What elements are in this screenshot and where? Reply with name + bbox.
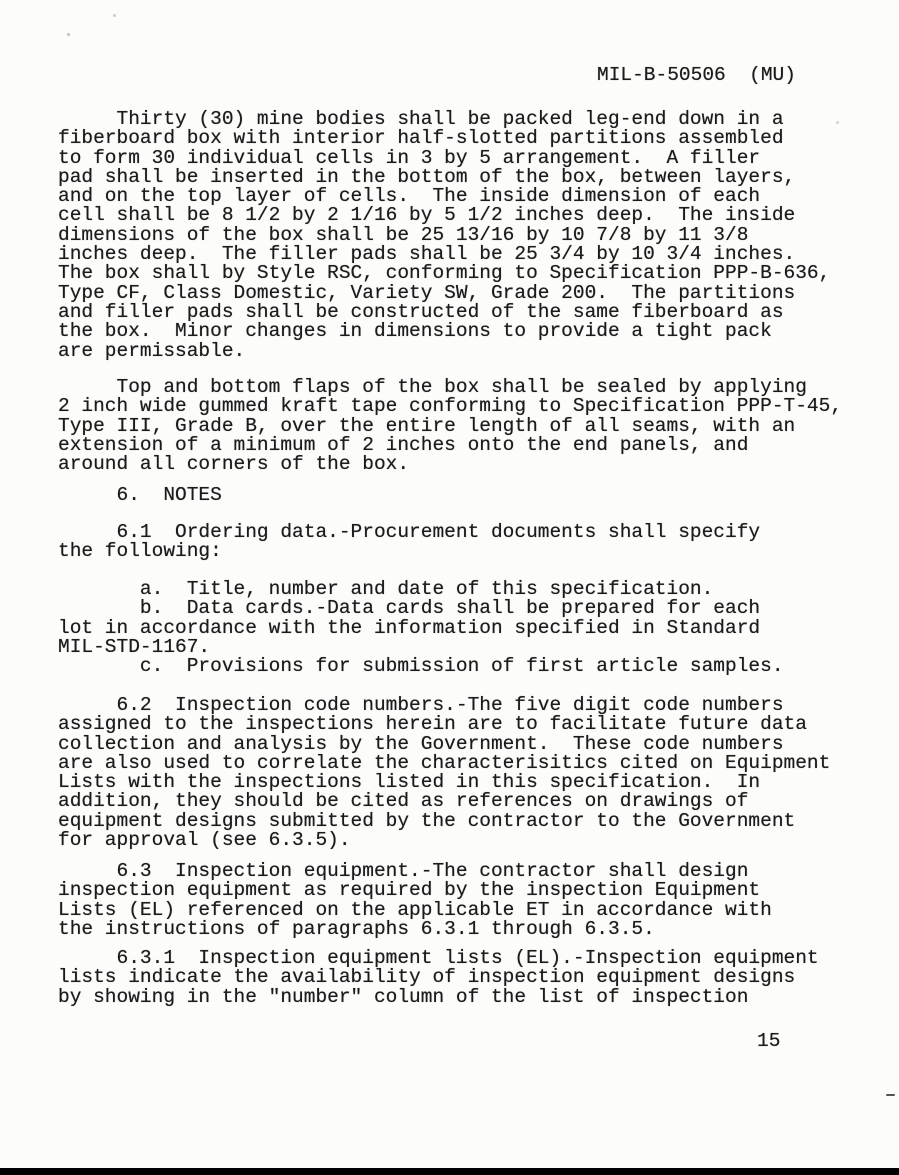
scan-edge-mark — [886, 1094, 895, 1096]
paragraph-6-1-ordering-data: 6.1 Ordering data.-Procurement documents… — [58, 523, 760, 562]
paragraph-tape-sealing: Top and bottom flaps of the box shall be… — [58, 378, 842, 474]
paragraph-packing-requirements: Thirty (30) mine bodies shall be packed … — [58, 110, 830, 361]
paragraph-6-3-inspection-equipment: 6.3 Inspection equipment.-The contractor… — [58, 862, 772, 939]
page-number: 15 — [757, 1032, 780, 1051]
scanned-document-page: MIL-B-50506 (MU) Thirty (30) mine bodies… — [0, 0, 899, 1175]
scan-speck — [836, 121, 839, 124]
scan-speck — [113, 14, 116, 17]
section-heading-notes: 6. NOTES — [58, 486, 222, 505]
list-ordering-data-items: a. Title, number and date of this specif… — [58, 580, 784, 676]
scan-bottom-edge-artifact — [0, 1168, 899, 1175]
paragraph-6-2-inspection-code-numbers: 6.2 Inspection code numbers.-The five di… — [58, 696, 830, 850]
scan-speck — [67, 33, 70, 36]
paragraph-6-3-1-equipment-lists: 6.3.1 Inspection equipment lists (EL).-I… — [58, 949, 819, 1007]
spec-number-header: MIL-B-50506 (MU) — [597, 66, 796, 85]
